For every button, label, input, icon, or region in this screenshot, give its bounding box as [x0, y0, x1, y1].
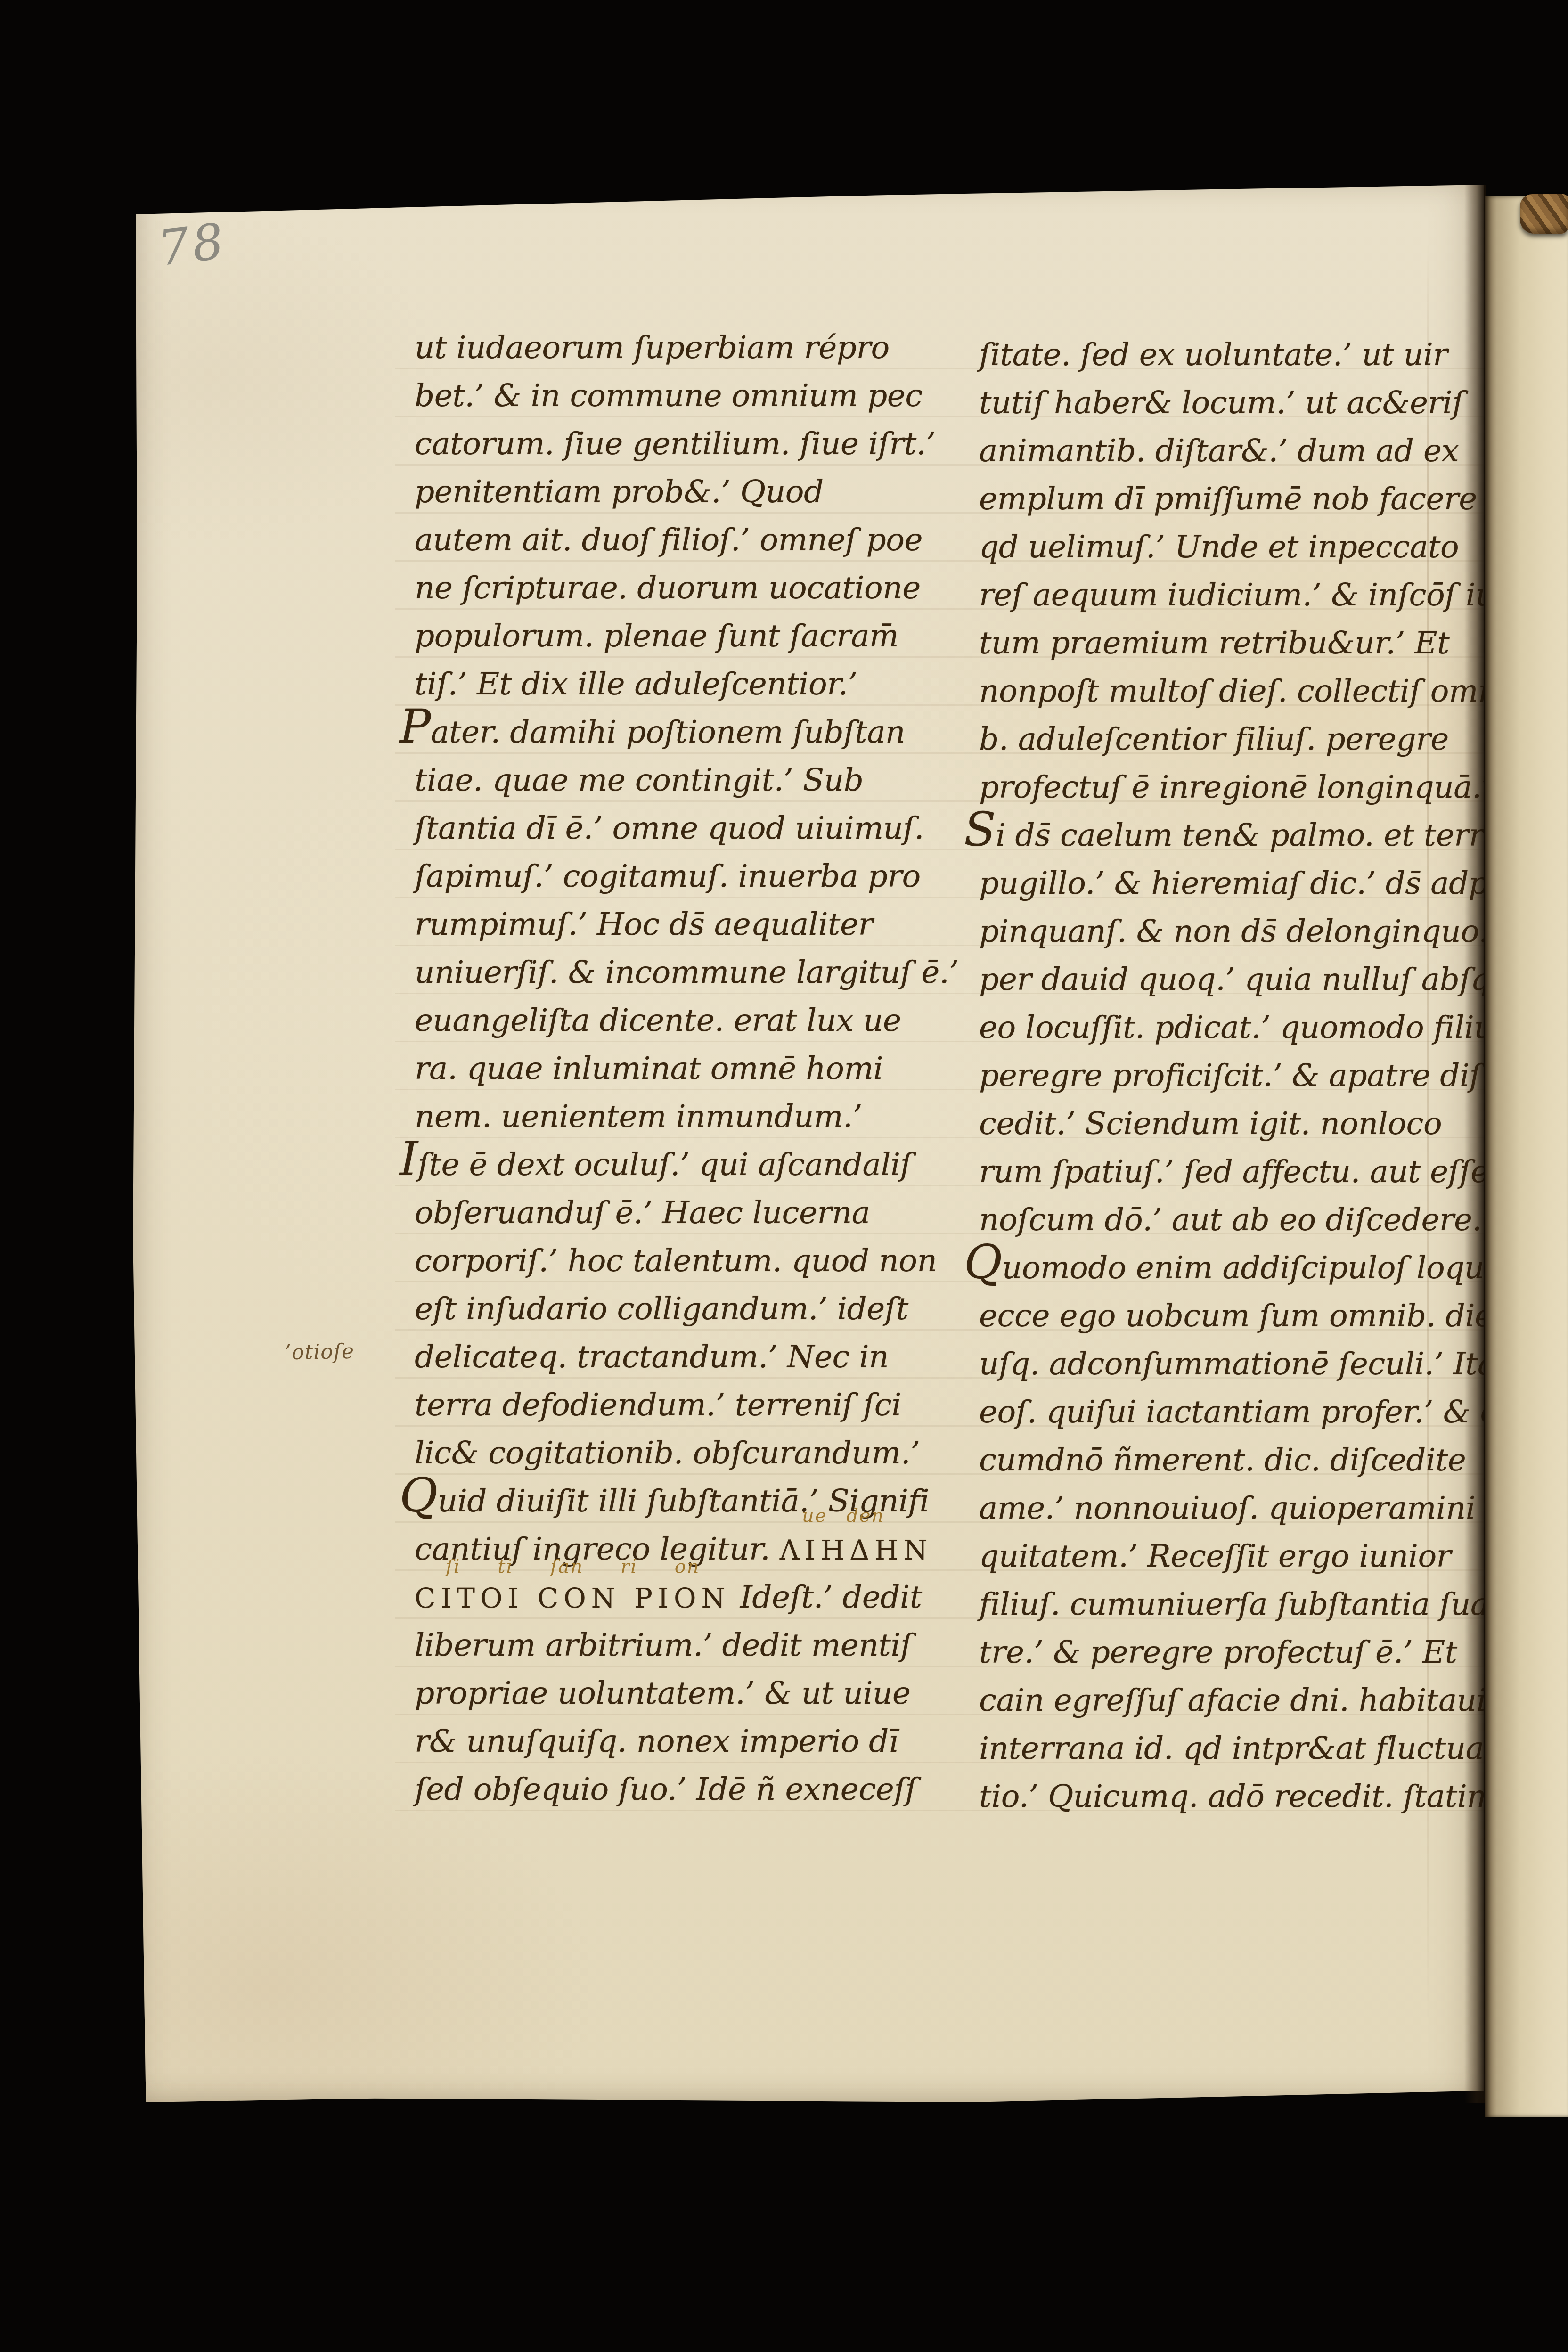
text-line: per dauid quoq.’ quia nulluſ abſq.	[979, 957, 1516, 1005]
text-line: ſtantia dī ē.’ omne quod uiuimuſ.	[415, 806, 999, 854]
text-line: euangeliſta dicente. erat lux ue	[415, 998, 999, 1046]
text-line: corporiſ.’ hoc talentum. quod non	[415, 1238, 999, 1286]
latin-text: Ideſt.’ dedit	[730, 1579, 922, 1615]
text-line: Si ds̄ caelum ten& palmo. et terram	[964, 813, 1516, 861]
text-line: pinquanſ. & non ds̄ delonginquo.’	[979, 909, 1516, 957]
text-line: profectuſ ē inregionē longinquā.’	[979, 765, 1516, 813]
text-line: ſapimuſ.’ cogitamuſ. inuerba pro	[415, 854, 999, 902]
text-line: rum ſpatiuſ.’ ſed affectu. aut eſſe	[979, 1149, 1516, 1197]
text-line: uniuerſiſ. & incommune largituſ ē.’	[415, 950, 999, 998]
text-line: ecce ego uobcum ſum omnib. dieb.’	[979, 1293, 1516, 1341]
interlinear-gloss: ſi ti ſan ri on	[446, 1556, 700, 1577]
text-line: rumpimuſ.’ Hoc ds̄ aequaliter	[415, 902, 999, 950]
text-line: eo locuſſit. pdicat.’ quomodo filiuſ	[979, 1005, 1516, 1053]
text-line: tiſ.’ Et dix ille aduleſcentior.’	[415, 661, 999, 710]
text-line: Iſte ē dext oculuſ.’ qui aſcandaliſ	[400, 1142, 999, 1190]
text-line: peregre proficiſcit.’ & apatre diſ	[979, 1053, 1516, 1101]
text-line: Quomodo enim addiſcipuloſ loquit.	[964, 1245, 1516, 1293]
text-line: qd uelimuſ.’ Unde et inpeccato	[979, 524, 1516, 572]
text-line: Pater. damihi poſtionem ſubſtan	[400, 710, 999, 758]
text-line: Quid diuiſit illi ſubſtantiā.’ Signifi	[400, 1478, 999, 1527]
text-line: bet.’ & in commune omnium pec	[415, 373, 999, 421]
text-line: nem. uenientem inmundum.’	[415, 1094, 999, 1142]
text-line: ame.’ nonnouiuoſ. quioperamini ini	[979, 1486, 1516, 1534]
folio-number-pencil: 78	[155, 212, 229, 278]
text-line: ut iudaeorum ſuperbiam répro	[415, 325, 999, 373]
text-line: ſitate. ſed ex uoluntate.’ ut uir	[979, 332, 1516, 380]
text-line: tum praemium retribu&ur.’ Et	[979, 621, 1516, 669]
text-line: animantib. diſtar&.’ dum ad ex	[979, 428, 1516, 476]
text-line: eſt inſudario colligandum.’ ideſt	[415, 1286, 999, 1334]
text-line: tio.’ Quicumq. adō recedit. ſtatim	[979, 1774, 1516, 1822]
text-line: penitentiam prob&.’ Quod	[415, 469, 999, 517]
text-line: ra. quae inluminat omnē homi	[415, 1046, 999, 1094]
text-line: filiuſ. cumuniuerſa ſubſtantia ſua apa	[979, 1582, 1516, 1630]
facing-page-edge	[1485, 196, 1568, 2117]
text-line: reſ aequum iudicium.’ & inſcōſ iuſ	[979, 572, 1516, 621]
text-column-left: ut iudaeorum ſuperbiam répro bet.’ & in …	[415, 325, 999, 1815]
text-line: cedit.’ Sciendum igit. nonloco	[979, 1101, 1516, 1149]
text-line: cumdnō ñmerent. dic. diſcedite	[979, 1437, 1516, 1486]
text-line: emplum dī pmiſſumē nob facere	[979, 476, 1516, 524]
text-line: tiae. quae me contingit.’ Sub	[415, 758, 999, 806]
text-line: noſcum dō.’ aut ab eo diſcedere.’	[979, 1197, 1516, 1245]
text-line: cain egreſſuſ afacie dni. habitauit	[979, 1678, 1516, 1726]
text-line: autem ait. duoſ filioſ.’ omneſ poe	[415, 517, 999, 565]
text-line: ſed obſequio ſuo.’ Idē ñ exneceſſ	[415, 1767, 999, 1815]
text-line: r& unuſquiſq. nonex imperio dī	[415, 1719, 999, 1767]
text-line: ne ſcripturae. duorum uocatione	[415, 565, 999, 613]
text-line: tutiſ haber& locum.’ ut ac&eriſ	[979, 380, 1516, 428]
text-line: liberum arbitrium.’ dedit mentiſ	[415, 1623, 999, 1671]
text-line: obſeruanduſ ē.’ Haec lucerna	[415, 1190, 999, 1238]
text-line: delicateq. tractandum.’ Nec in	[415, 1334, 999, 1382]
text-line: populorum. plenae ſunt ſacram̄	[415, 613, 999, 661]
manuscript-photo-background: { "folio": "78", "note": "\u2019otio\u01…	[0, 0, 1568, 2352]
text-line: propriae uoluntatem.’ & ut uiue	[415, 1671, 999, 1719]
text-line: catorum. ſiue gentilium. ſiue iſrt.’	[415, 421, 999, 469]
text-line: terra defodiendum.’ terreniſ ſci	[415, 1382, 999, 1430]
greek-capitals: ΛΙΗΔΗΝ	[780, 1534, 933, 1566]
interlinear-gloss: ue den	[802, 1505, 884, 1527]
text-line: pugillo.’ & hieremiaſ dic.’ ds̄ adp	[979, 861, 1516, 909]
text-line-greek: CITOI CON ΡΙΟΝ Ideſt.’ dedit	[415, 1575, 999, 1623]
text-line: b. aduleſcentior filiuſ. peregre	[979, 717, 1516, 765]
text-line: uſq. adconſummationē ſeculi.’ Ita ad	[979, 1341, 1516, 1389]
greek-capitals: CITOI CON ΡΙΟΝ	[415, 1582, 730, 1614]
text-line: eoſ. quiſui iactantiam profer.’ & eſſe	[979, 1389, 1516, 1437]
text-line: lic& cogitationib. obſcurandum.’	[415, 1430, 999, 1478]
text-column-right: ſitate. ſed ex uoluntate.’ ut uir tutiſ …	[979, 332, 1516, 1822]
binding-headband	[1520, 194, 1568, 234]
text-line: tre.’ & peregre profectuſ ē.’ Et	[979, 1630, 1516, 1678]
book-gutter-shadow	[1464, 185, 1486, 2103]
margin-note: ’otioſe	[285, 1339, 355, 1365]
text-line: quitatem.’ Receſſit ergo iunior	[979, 1534, 1516, 1582]
parchment-page: 78 ’otioſe ut iudaeorum ſuperbiam répro …	[131, 185, 1484, 2103]
text-line: nonpoſt multoſ dieſ. collectiſ omni	[979, 669, 1516, 717]
text-line: interrana id. qd intpr&at fluctua	[979, 1726, 1516, 1774]
